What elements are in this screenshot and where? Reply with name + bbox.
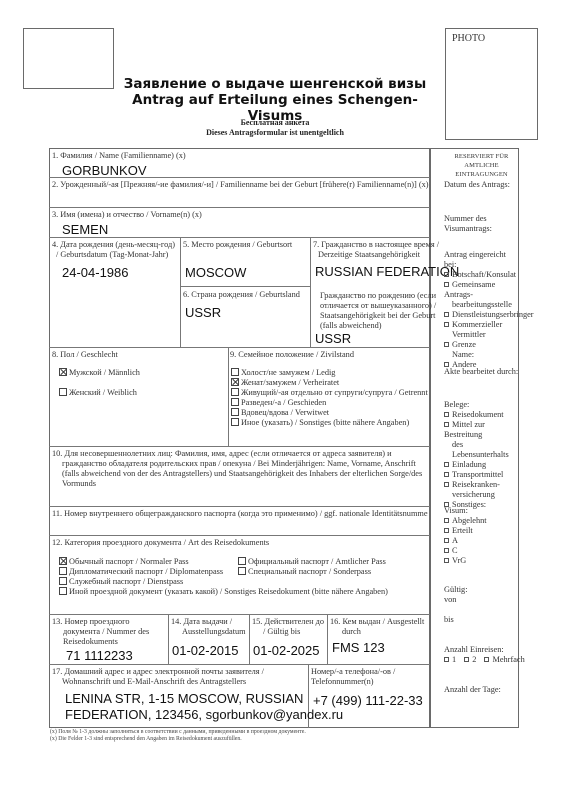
doc-option-other[interactable]: Иной проездной документ (указать какой) … bbox=[59, 587, 388, 597]
checkbox-icon[interactable] bbox=[238, 557, 246, 565]
checkbox-icon[interactable] bbox=[464, 657, 469, 662]
checkbox-icon[interactable] bbox=[444, 548, 449, 553]
field-4-label-2: / Geburtsdatum (Tag-Monat-Jahr) bbox=[56, 250, 168, 260]
birth-nationality-label-1: Гражданство по рождению (если bbox=[320, 291, 436, 301]
checkbox-icon[interactable] bbox=[444, 538, 449, 543]
field-13-label-2: документа / Nummer des bbox=[63, 627, 149, 637]
field-10-label-3: (falls abweichend von der des Antragstel… bbox=[62, 469, 422, 479]
checkbox-icon[interactable] bbox=[444, 518, 449, 523]
checkbox-icon[interactable] bbox=[59, 577, 67, 585]
birth-nationality-field[interactable]: USSR bbox=[315, 331, 351, 346]
birth-nationality-label-2: отличается от вышеуказанного) / bbox=[320, 301, 436, 311]
sidebar-von: von bbox=[444, 595, 456, 605]
checkbox-icon[interactable] bbox=[231, 408, 239, 416]
footnote-de: (x) Die Felder 1-3 sind entsprechend den… bbox=[50, 736, 242, 742]
checkbox-checked-icon[interactable] bbox=[59, 557, 67, 565]
doc-option-service[interactable]: Служебный паспорт / Dienstpass bbox=[59, 577, 183, 587]
checkbox-icon[interactable] bbox=[444, 322, 449, 327]
checkbox-icon[interactable] bbox=[444, 422, 449, 427]
submitted-option[interactable]: Grenze bbox=[444, 340, 520, 350]
marital-option[interactable]: Живущий/-ая отдельно от супруги/супруга … bbox=[231, 388, 428, 398]
field-17-label-2: Wohnanschrift und E-Mail-Anschrift des A… bbox=[62, 677, 246, 687]
field-3-label: 3. Имя (имена) и отчество / Vorname(n) (… bbox=[52, 210, 202, 220]
checkbox-icon[interactable] bbox=[59, 567, 67, 575]
field-9-label: 9. Семейное положение / Zivilstand bbox=[230, 350, 354, 360]
field-13-label-3: Reisedokuments bbox=[63, 637, 118, 647]
checkbox-icon[interactable] bbox=[444, 558, 449, 563]
issued-by-field[interactable]: FMS 123 bbox=[332, 640, 385, 655]
sidebar-akte: Akte bearbeitet durch: bbox=[444, 367, 518, 377]
checkbox-icon[interactable] bbox=[444, 528, 449, 533]
doc-option-special[interactable]: Специальный паспорт / Sonderpass bbox=[238, 567, 371, 577]
document-option[interactable]: Transportmittel bbox=[444, 470, 520, 480]
checkbox-icon[interactable] bbox=[444, 412, 449, 417]
visa-option[interactable]: VrG bbox=[444, 556, 520, 566]
marital-option[interactable]: Иное (указать) / Sonstiges (bitte nähere… bbox=[231, 418, 428, 428]
sidebar-heading: RESERVIERT FÜR AMTLICHE EINTRAGUNGEN bbox=[444, 152, 519, 179]
checkbox-checked-icon[interactable] bbox=[59, 368, 67, 376]
sidebar-tage: Anzahl der Tage: bbox=[444, 685, 501, 695]
checkbox-icon[interactable] bbox=[444, 462, 449, 467]
sidebar-einreisen: Anzahl Einreisen: bbox=[444, 645, 504, 655]
field-2-label: 2. Урожденный/-ая [Прежняя/-ие фамилия/-… bbox=[52, 180, 429, 190]
checkbox-icon[interactable] bbox=[231, 398, 239, 406]
marital-option[interactable]: Вдовец/вдова / Verwitwet bbox=[231, 408, 428, 418]
marital-option[interactable]: Холост/не замужем / Ledig bbox=[231, 368, 428, 378]
submitted-option[interactable]: Kommerzieller bbox=[444, 320, 520, 330]
visa-option[interactable]: Abgelehnt bbox=[444, 516, 520, 526]
nationality-field[interactable]: RUSSIAN FEDERATION bbox=[315, 264, 459, 279]
birth-surname-field[interactable] bbox=[62, 192, 422, 206]
submitted-option[interactable]: Dienstleistungserbringer bbox=[444, 310, 520, 320]
sidebar-nummer-2: Visumantrags: bbox=[444, 224, 492, 234]
visa-option[interactable]: C bbox=[444, 546, 520, 556]
phone-label-2: Telefonnummer(n) bbox=[311, 677, 374, 687]
address-field-line-1[interactable]: LENINA STR, 1-15 MOSCOW, RUSSIAN bbox=[65, 691, 303, 706]
birth-nationality-label-3: Staatsangehörigkeit bei der Geburt bbox=[320, 311, 435, 321]
entries-options: 1 2 Mehrfach bbox=[444, 655, 525, 665]
checkbox-icon[interactable] bbox=[444, 282, 449, 287]
field-13-label-1: 13. Номер проездного bbox=[52, 617, 130, 627]
sidebar-bis: bis bbox=[444, 615, 454, 625]
sidebar-datum: Datum des Antrags: bbox=[444, 180, 510, 190]
sidebar-submitted: Antrag eingereicht bei: Botschaft/Konsul… bbox=[444, 250, 520, 370]
marital-status-options: Холост/не замужем / Ledig Женат/замужем … bbox=[231, 368, 428, 428]
entries-option[interactable]: 2 bbox=[464, 655, 476, 664]
photo-label: PHOTO bbox=[452, 33, 485, 44]
phone-field[interactable]: +7 (499) 111-22-33 bbox=[313, 693, 423, 708]
sidebar-visum: Visum: Abgelehnt Erteilt A C VrG bbox=[444, 506, 520, 566]
guardian-field[interactable] bbox=[62, 490, 422, 504]
checkbox-icon[interactable] bbox=[238, 567, 246, 575]
checkbox-icon[interactable] bbox=[484, 657, 489, 662]
submitted-option[interactable]: Gemeinsame Antrags- bbox=[444, 280, 520, 300]
passport-number-field[interactable]: 71 1112233 bbox=[66, 648, 133, 663]
sex-option-male[interactable]: Мужской / Männlich bbox=[59, 368, 140, 378]
checkbox-checked-icon[interactable] bbox=[231, 378, 239, 386]
issue-date-field[interactable]: 01-02-2015 bbox=[172, 643, 239, 658]
address-field-line-2[interactable]: FEDERATION, 123456, sgorbunkov@yandex.ru bbox=[65, 707, 343, 722]
sidebar-gueltig: Gültig: bbox=[444, 585, 468, 595]
footnote-ru: (x) Поля № 1-3 должны заполняться в соот… bbox=[50, 729, 306, 735]
checkbox-icon[interactable] bbox=[59, 388, 67, 396]
checkbox-icon[interactable] bbox=[444, 272, 449, 277]
stamp-box bbox=[23, 28, 114, 89]
field-16-label-2: durch bbox=[342, 627, 361, 637]
birth-date-field[interactable]: 24-04-1986 bbox=[62, 265, 129, 280]
checkbox-icon[interactable] bbox=[231, 418, 239, 426]
document-option[interactable]: Reisekranken- bbox=[444, 480, 520, 490]
doc-option-normal[interactable]: Обычный паспорт / Normaler Pass bbox=[59, 557, 189, 567]
field-10-label-2: гражданство обладателя родительских прав… bbox=[62, 459, 416, 469]
checkbox-icon[interactable] bbox=[444, 472, 449, 477]
sidebar-nummer-1: Nummer des bbox=[444, 214, 487, 224]
birth-nationality-label-4: (falls abweichend) bbox=[320, 321, 382, 331]
field-15-label-1: 15. Действителен до bbox=[252, 617, 324, 627]
surname-field[interactable]: GORBUNKOV bbox=[62, 163, 147, 178]
checkbox-icon[interactable] bbox=[444, 312, 449, 317]
doc-option-diplomatic[interactable]: Дипломатический паспорт / Diplomatenpass bbox=[59, 567, 223, 577]
document-option[interactable]: Einladung bbox=[444, 460, 520, 470]
photo-box: PHOTO bbox=[445, 28, 538, 140]
field-12-label: 12. Категория проездного документа / Art… bbox=[52, 538, 269, 548]
field-1-label: 1. Фамилия / Name (Familienname) (x) bbox=[52, 151, 186, 161]
visa-option[interactable]: A bbox=[444, 536, 520, 546]
visa-option[interactable]: Erteilt bbox=[444, 526, 520, 536]
field-5-label: 5. Место рождения / Geburtsort bbox=[183, 240, 292, 250]
field-17-label-1: 17. Домашний адрес и адрес электронной п… bbox=[52, 667, 264, 677]
checkbox-icon[interactable] bbox=[444, 657, 449, 662]
field-4-label-1: 4. Дата рождения (день-месяц-год) bbox=[52, 240, 175, 250]
field-7-label-2: Derzeitige Staatsangehörigkeit bbox=[318, 250, 420, 260]
document-option[interactable]: Reisedokument bbox=[444, 410, 520, 420]
checkbox-icon[interactable] bbox=[231, 388, 239, 396]
free-de: Dieses Antragsformular ist unentgeltlich bbox=[110, 128, 440, 137]
field-14-label-2: Ausstellungsdatum bbox=[182, 627, 246, 637]
sidebar-belege: Belege: Reisedokument Mittel zur Bestrei… bbox=[444, 400, 520, 510]
field-11-label: 11. Номер внутреннего общегражданского п… bbox=[52, 509, 428, 519]
national-id-field[interactable] bbox=[62, 520, 422, 534]
sidebar-content: RESERVIERT FÜR AMTLICHE EINTRAGUNGEN bbox=[444, 152, 519, 179]
free-ru: Бесплатная анкета bbox=[110, 118, 440, 127]
checkbox-icon[interactable] bbox=[231, 368, 239, 376]
field-16-label-1: 16. Кем выдан / Ausgestellt bbox=[330, 617, 424, 627]
checkbox-icon[interactable] bbox=[59, 587, 67, 595]
checkbox-icon[interactable] bbox=[444, 482, 449, 487]
field-10-label-4: Vormunds bbox=[62, 479, 96, 489]
marital-option[interactable]: Женат/замужем / Verheiratet bbox=[231, 378, 428, 388]
entries-option[interactable]: Mehrfach bbox=[484, 655, 524, 664]
field-7-label-1: 7. Гражданство в настоящее время / bbox=[313, 240, 439, 250]
submitted-option[interactable]: Botschaft/Konsulat bbox=[444, 270, 520, 280]
field-15-label-2: / Gültig bis bbox=[263, 627, 300, 637]
birth-country-field[interactable]: USSR bbox=[185, 305, 221, 320]
field-8-label: 8. Пол / Geschlecht bbox=[52, 350, 118, 360]
birth-place-field[interactable]: MOSCOW bbox=[185, 265, 246, 280]
document-option[interactable]: Mittel zur Bestreitung bbox=[444, 420, 520, 440]
phone-label-1: Номер/-а телефона/-ов / bbox=[311, 667, 395, 677]
first-name-field[interactable]: SEMEN bbox=[62, 222, 108, 237]
doc-option-official[interactable]: Официальный паспорт / Amtlicher Pass bbox=[238, 557, 386, 567]
marital-option[interactable]: Разведен/-а / Geschieden bbox=[231, 398, 428, 408]
title-ru: Заявление о выдаче шенгенской визы bbox=[110, 76, 440, 92]
checkbox-icon[interactable] bbox=[444, 342, 449, 347]
field-6-label: 6. Страна рождения / Geburtsland bbox=[183, 290, 300, 300]
field-10-label-1: 10. Для несовершеннолетних лиц: Фамилия,… bbox=[52, 449, 392, 459]
valid-until-field[interactable]: 01-02-2025 bbox=[253, 643, 320, 658]
field-14-label-1: 14. Дата выдачи / bbox=[171, 617, 232, 627]
entries-option[interactable]: 1 bbox=[444, 655, 456, 664]
sex-option-female[interactable]: Женский / Weiblich bbox=[59, 388, 137, 398]
